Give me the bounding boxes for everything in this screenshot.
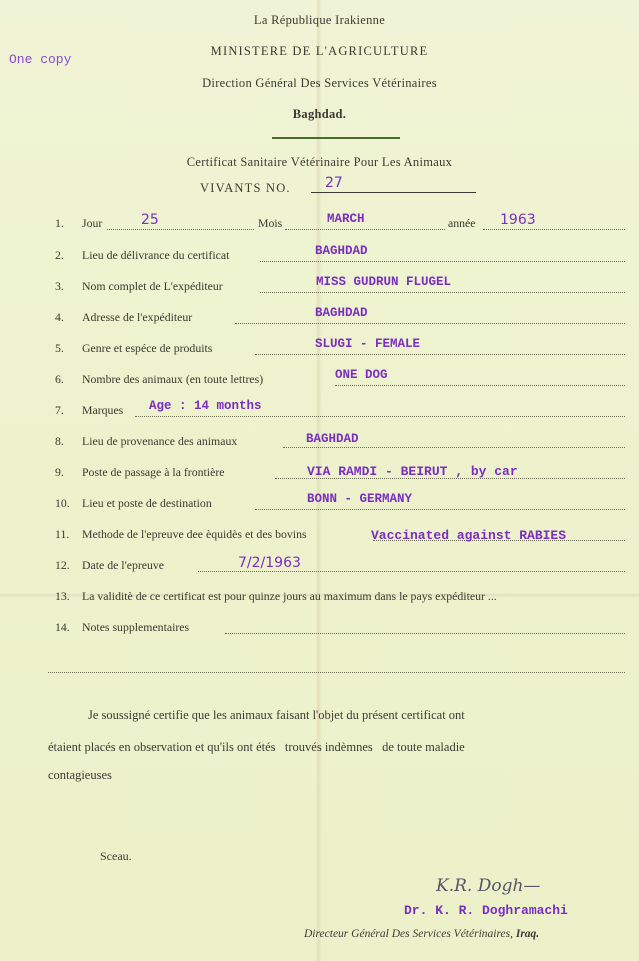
field-number: 11. (55, 527, 77, 542)
dotted-leader (107, 228, 254, 230)
field-label-jour: Jour (82, 216, 102, 231)
field-value: BONN - GERMANY (307, 492, 412, 506)
field-value: SLUGI - FEMALE (315, 337, 420, 351)
dotted-leader (235, 322, 625, 324)
dotted-leader (255, 508, 625, 510)
header-republic: La République Irakienne (0, 13, 639, 28)
dotted-leader (255, 353, 625, 355)
field-value: BAGHDAD (315, 306, 368, 320)
field-value-jour: 25 (141, 212, 159, 228)
signatory-title-main: Directeur Général Des Services Vétérinai… (304, 928, 516, 940)
field-label: Date de l'epreuve (82, 558, 164, 573)
dotted-leader (483, 228, 625, 230)
field-row-10: 10. Lieu et poste de destination BONN - … (55, 496, 625, 514)
field-row-11: 11. Methode de l'epreuve dee èquidès et … (55, 527, 625, 545)
field-row-8: 8. Lieu de provenance des animaux BAGHDA… (55, 434, 625, 452)
signatory-title-country: Iraq. (516, 928, 539, 940)
signatory-title: Directeur Général Des Services Vétérinai… (304, 928, 539, 940)
vivants-underline (311, 192, 476, 193)
field-number: 8. (55, 434, 77, 449)
field-label: Genre et espéce de produits (82, 341, 212, 356)
dotted-leader (285, 228, 445, 230)
header-direction: Direction Général Des Services Vétérinai… (0, 76, 639, 91)
field-value-annee: 1963 (500, 212, 536, 228)
field-number: 1. (55, 216, 77, 231)
field-row-4: 4. Adresse de l'expéditeur BAGHDAD (55, 310, 625, 328)
field-value: BAGHDAD (306, 432, 359, 446)
dotted-leader (283, 446, 625, 448)
field-number: 13. (55, 589, 77, 604)
handwritten-signature: K.R. Dogh— (436, 876, 540, 896)
field-label: Methode de l'epreuve dee èquidès et des … (82, 527, 307, 542)
field-label: Lieu et poste de destination (82, 496, 212, 511)
field-number: 2. (55, 248, 77, 263)
dotted-leader (260, 291, 625, 293)
field-label: Adresse de l'expéditeur (82, 310, 192, 325)
field-number: 10. (55, 496, 77, 511)
dotted-leader (335, 384, 625, 386)
field-value: 7/2/1963 (238, 555, 301, 571)
header-divider (272, 137, 400, 139)
field-row-2: 2. Lieu de délivrance du certificat BAGH… (55, 248, 625, 266)
field-row-7: 7. Marques Age : 14 months (55, 403, 625, 421)
vivants-label: VIVANTS NO. (200, 181, 291, 196)
field-label: Lieu de provenance des animaux (82, 434, 237, 449)
field-row-6: 6. Nombre des animaux (en toute lettres)… (55, 372, 625, 390)
field-label: Marques (82, 403, 123, 418)
field-row-3: 3. Nom complet de L'expéditeur MISS GUDR… (55, 279, 625, 297)
field-label: Nom complet de L'expéditeur (82, 279, 223, 294)
field-label: Notes supplementaires (82, 620, 189, 635)
field-number: 5. (55, 341, 77, 356)
declaration-line-1: Je soussigné certifie que les animaux fa… (88, 708, 465, 723)
vivants-number: 27 (325, 175, 343, 191)
field-number: 3. (55, 279, 77, 294)
field-number: 14. (55, 620, 77, 635)
field-label-mois: Mois (258, 216, 282, 231)
field-row-1: 1. Jour 25 Mois MARCH année 1963 (55, 216, 625, 234)
field-row-12: 12. Date de l'epreuve 7/2/1963 (55, 558, 625, 576)
field-row-9: 9. Poste de passage à la frontière VIA R… (55, 465, 625, 483)
field-row-5: 5. Genre et espéce de produits SLUGI - F… (55, 341, 625, 359)
field-number: 4. (55, 310, 77, 325)
notes-dotted-line (48, 672, 625, 673)
field-value: ONE DOG (335, 368, 388, 382)
field-number: 7. (55, 403, 77, 418)
certificate-title: Certificat Sanitaire Vétérinaire Pour Le… (0, 155, 639, 170)
header-city: Baghdad. (0, 107, 639, 122)
seal-label: Sceau. (100, 849, 132, 864)
dotted-leader (260, 260, 625, 262)
field-value: VIA RAMDI - BEIRUT , by car (307, 464, 518, 479)
declaration-line-3: contagieuses (48, 768, 112, 783)
field-row-14: 14. Notes supplementaires (55, 620, 625, 638)
field-number: 12. (55, 558, 77, 573)
field-value: MISS GUDRUN FLUGEL (316, 275, 451, 289)
field-label-annee: année (448, 216, 476, 231)
dotted-leader (135, 415, 625, 417)
field-label: La validitè de ce certificat est pour qu… (82, 589, 497, 604)
signatory-name: Dr. K. R. Doghramachi (404, 903, 568, 918)
field-value-mois: MARCH (327, 212, 365, 226)
field-value: Vaccinated against RABIES (371, 528, 566, 543)
field-value: Age : 14 months (149, 399, 262, 413)
dotted-leader (225, 632, 625, 634)
field-label: Lieu de délivrance du certificat (82, 248, 229, 263)
declaration-line-2: étaient placés en observation et qu'ils … (48, 740, 465, 755)
field-row-13: 13. La validitè de ce certificat est pou… (55, 589, 625, 607)
header-ministry: MINISTERE DE L'AGRICULTURE (0, 44, 639, 59)
field-label: Poste de passage à la frontière (82, 465, 225, 480)
field-number: 6. (55, 372, 77, 387)
field-value: BAGHDAD (315, 244, 368, 258)
field-label: Nombre des animaux (en toute lettres) (82, 372, 263, 387)
field-number: 9. (55, 465, 77, 480)
